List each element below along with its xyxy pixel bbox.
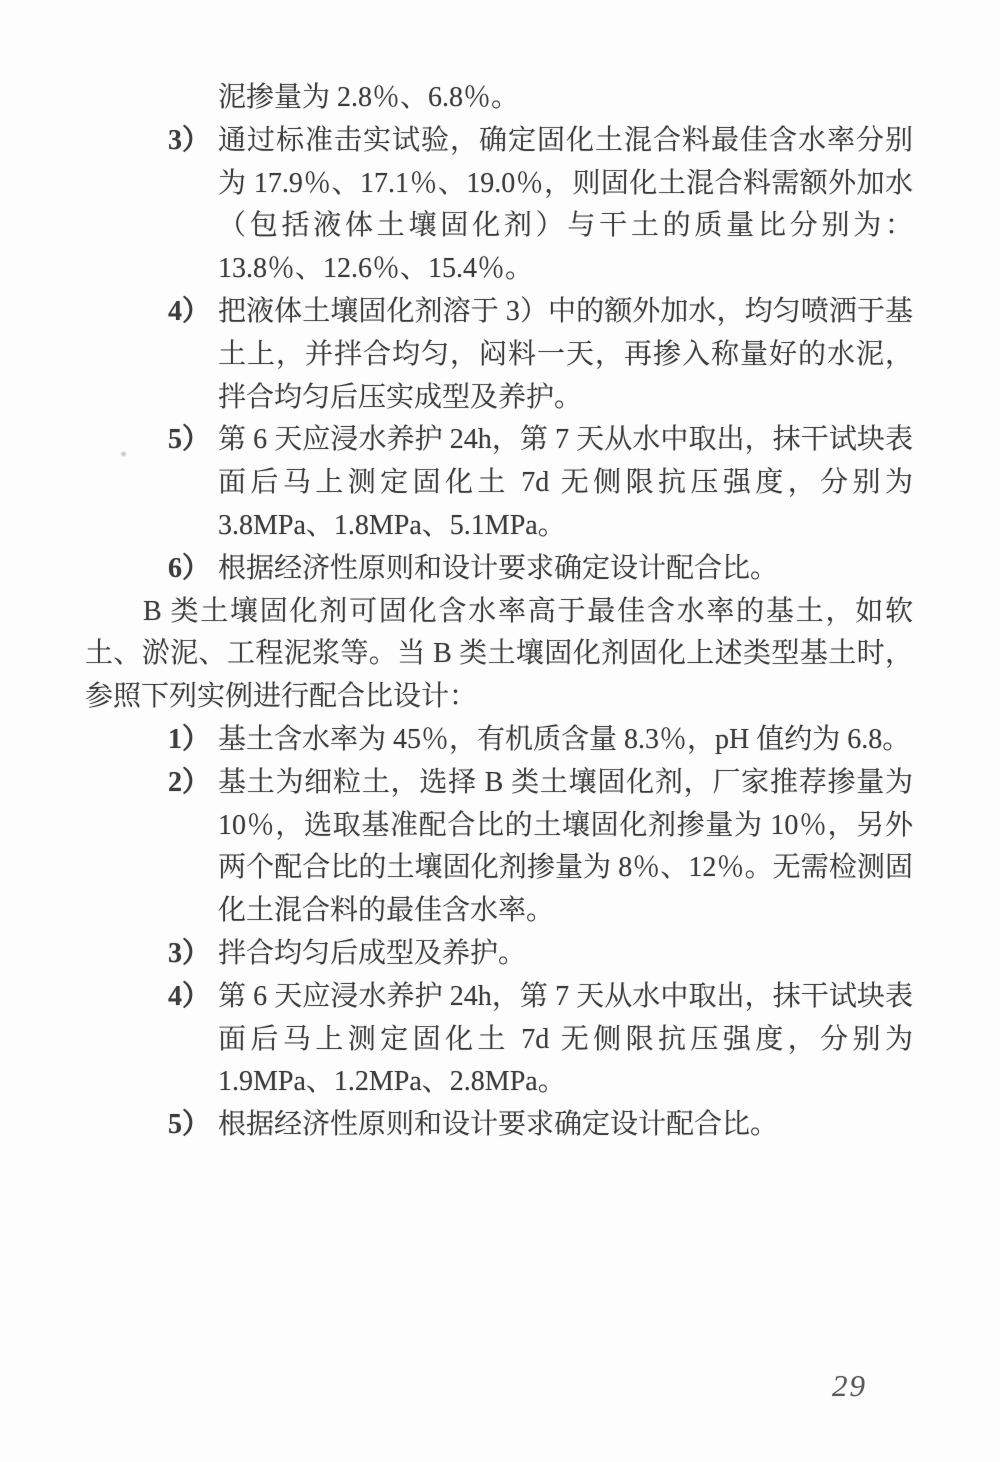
list-item: 5） 第 6 天应浸水养护 24h，第 7 天从水中取出，抹干试块表面后马上测定… [168, 419, 913, 547]
item-number: 1） [168, 719, 218, 762]
page-content: 泥掺量为 2.8％、6.8％。 3） 通过标准击实试验，确定固化土混合料最佳含水… [85, 77, 913, 1147]
list-item: 3） 通过标准击实试验，确定固化土混合料最佳含水率分别为 17.9％、17.1％… [168, 120, 913, 291]
page-number: 29 [832, 1368, 867, 1404]
item-number: 5） [168, 419, 218, 547]
item-text: 把液体土壤固化剂溶于 3）中的额外加水，均匀喷洒于基土上，并拌合均匀，闷料一天，… [218, 291, 913, 419]
list-item: 5） 根据经济性原则和设计要求确定设计配合比。 [168, 1104, 913, 1147]
list-item: 4） 第 6 天应浸水养护 24h，第 7 天从水中取出，抹干试块表面后马上测定… [168, 976, 913, 1104]
item-text: 根据经济性原则和设计要求确定设计配合比。 [218, 1104, 913, 1147]
item-number: 3） [168, 933, 218, 976]
body-paragraph: B 类土壤固化剂可固化含水率高于最佳含水率的基土，如软土、淤泥、工程泥浆等。当 … [85, 591, 913, 719]
document-page: 泥掺量为 2.8％、6.8％。 3） 通过标准击实试验，确定固化土混合料最佳含水… [0, 0, 1000, 1462]
item-text: 根据经济性原则和设计要求确定设计配合比。 [218, 548, 913, 591]
list-item: 6） 根据经济性原则和设计要求确定设计配合比。 [168, 548, 913, 591]
item-text: 通过标准击实试验，确定固化土混合料最佳含水率分别为 17.9％、17.1％、19… [218, 120, 913, 291]
item-text: 第 6 天应浸水养护 24h，第 7 天从水中取出，抹干试块表面后马上测定固化土… [218, 976, 913, 1104]
item-text: 拌合均匀后成型及养护。 [218, 933, 913, 976]
item-text: 第 6 天应浸水养护 24h，第 7 天从水中取出，抹干试块表面后马上测定固化土… [218, 419, 913, 547]
list-a: 3） 通过标准击实试验，确定固化土混合料最佳含水率分别为 17.9％、17.1％… [85, 120, 913, 591]
item-number: 4） [168, 291, 218, 419]
scan-speck [120, 451, 127, 457]
continuation-line: 泥掺量为 2.8％、6.8％。 [218, 77, 913, 120]
item-number: 5） [168, 1104, 218, 1147]
item-number: 2） [168, 762, 218, 933]
item-text: 基土含水率为 45％，有机质含量 8.3％，pH 值约为 6.8。 [218, 719, 913, 762]
item-text: 基土为细粒土，选择 B 类土壤固化剂，厂家推荐掺量为 10％，选取基准配合比的土… [218, 762, 913, 933]
list-item: 2） 基土为细粒土，选择 B 类土壤固化剂，厂家推荐掺量为 10％，选取基准配合… [168, 762, 913, 933]
item-number: 3） [168, 120, 218, 291]
item-number: 4） [168, 976, 218, 1104]
list-item: 1） 基土含水率为 45％，有机质含量 8.3％，pH 值约为 6.8。 [168, 719, 913, 762]
list-b: 1） 基土含水率为 45％，有机质含量 8.3％，pH 值约为 6.8。 2） … [85, 719, 913, 1147]
list-item: 3） 拌合均匀后成型及养护。 [168, 933, 913, 976]
item-number: 6） [168, 548, 218, 591]
list-item: 4） 把液体土壤固化剂溶于 3）中的额外加水，均匀喷洒于基土上，并拌合均匀，闷料… [168, 291, 913, 419]
